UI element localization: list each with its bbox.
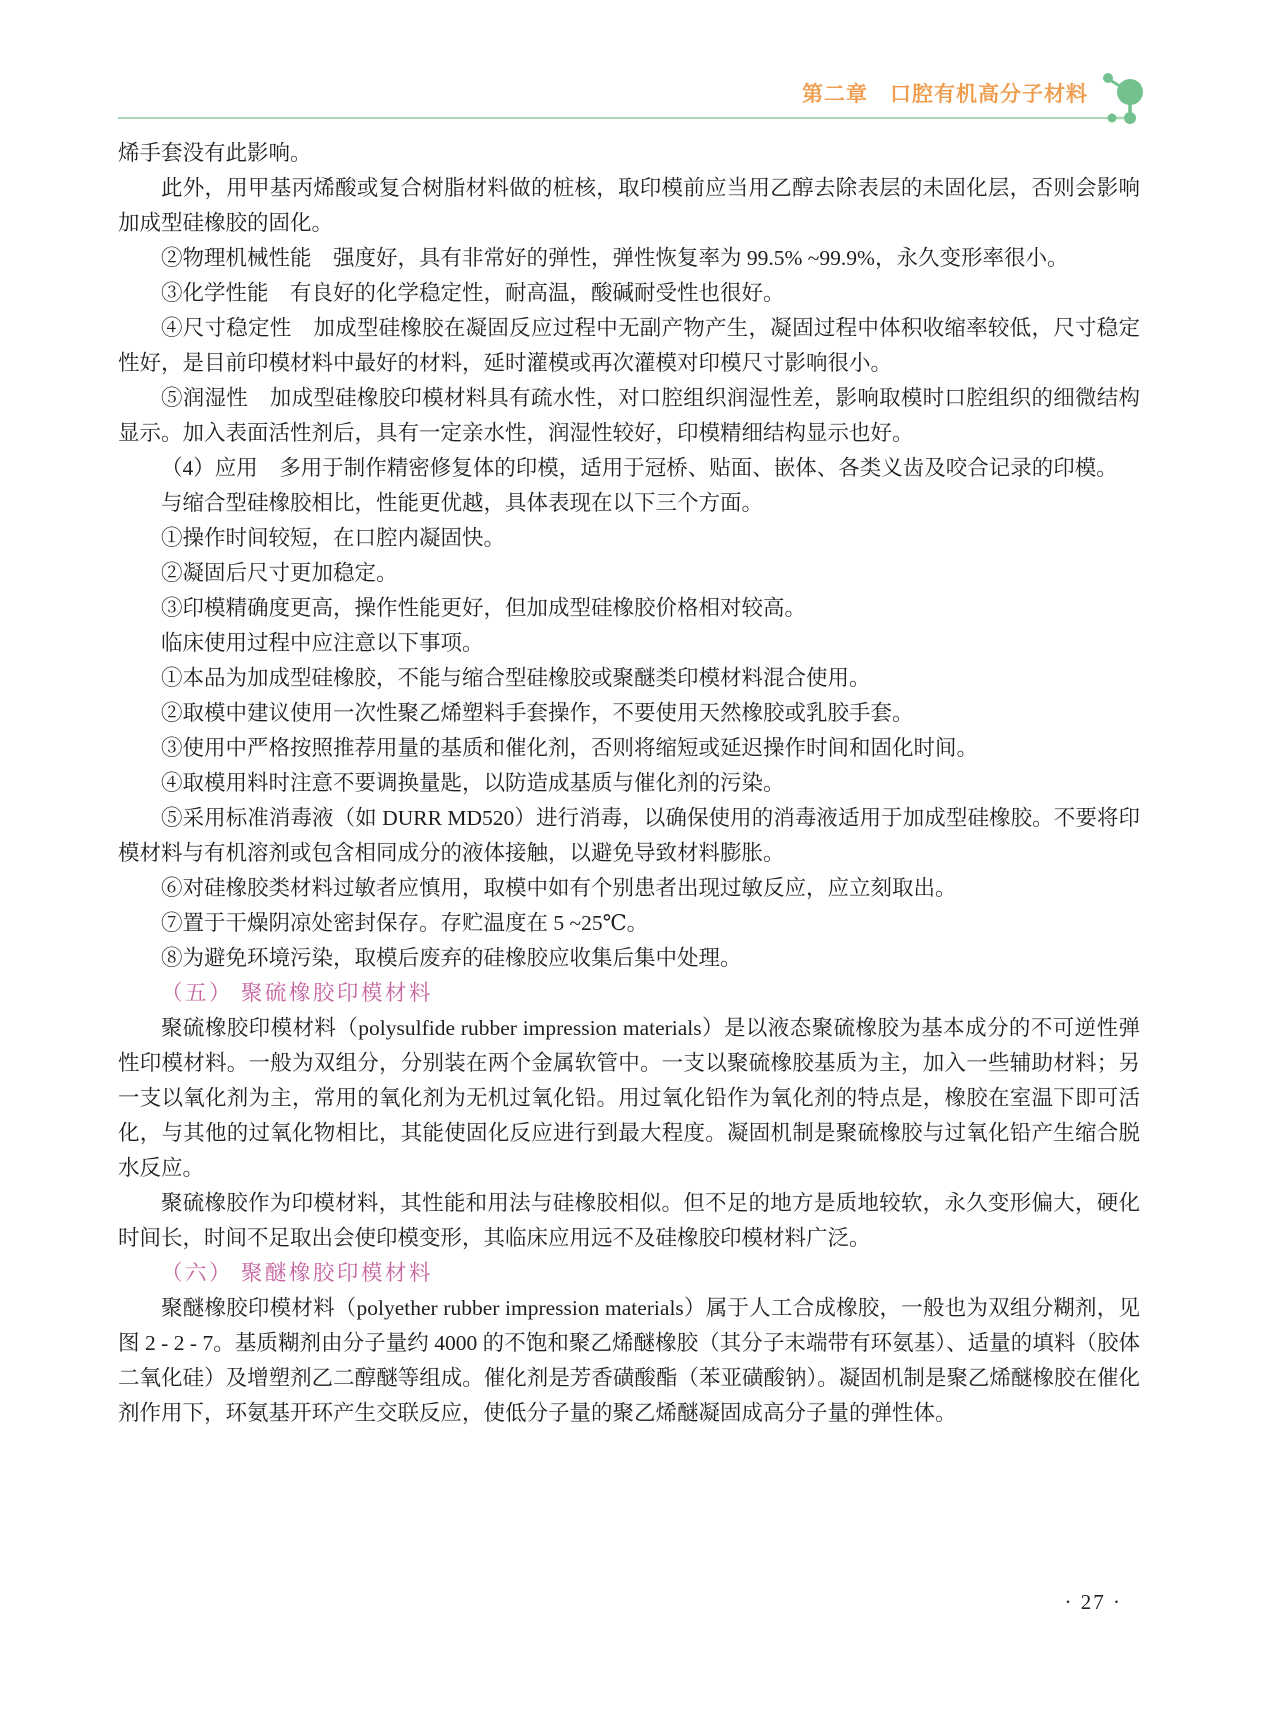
paragraph: ②物理机械性能 强度好，具有非常好的弹性，弹性恢复率为 99.5% ~99.9%…	[118, 241, 1140, 276]
paragraph: 与缩合型硅橡胶相比，性能更优越，具体表现在以下三个方面。	[118, 486, 1140, 521]
paragraph: ⑧为避免环境污染，取模后废弃的硅橡胶应收集后集中处理。	[118, 941, 1140, 976]
page-footer: · 27 ·	[1065, 1590, 1123, 1615]
paragraph: 聚醚橡胶印模材料（polyether rubber impression mat…	[118, 1291, 1140, 1431]
page-header: 第二章 口腔有机高分子材料	[118, 78, 1140, 119]
paragraph: 聚硫橡胶印模材料（polysulfide rubber impression m…	[118, 1011, 1140, 1186]
paragraph: ②凝固后尺寸更加稳定。	[118, 556, 1140, 591]
chapter-title: 第二章 口腔有机高分子材料	[118, 78, 1140, 108]
section-heading-polysulfide: （五） 聚硫橡胶印模材料	[118, 976, 1140, 1011]
paragraph: ①操作时间较短，在口腔内凝固快。	[118, 521, 1140, 556]
paragraph: ②取模中建议使用一次性聚乙烯塑料手套操作，不要使用天然橡胶或乳胶手套。	[118, 696, 1140, 731]
paragraph: ④尺寸稳定性 加成型硅橡胶在凝固反应过程中无副产物产生，凝固过程中体积收缩率较低…	[118, 311, 1140, 381]
paragraph: ①本品为加成型硅橡胶，不能与缩合型硅橡胶或聚醚类印模材料混合使用。	[118, 661, 1140, 696]
paragraph: ⑤润湿性 加成型硅橡胶印模材料具有疏水性，对口腔组织润湿性差，影响取模时口腔组织…	[118, 381, 1140, 451]
paragraph: 临床使用过程中应注意以下事项。	[118, 626, 1140, 661]
paragraph: （4）应用 多用于制作精密修复体的印模，适用于冠桥、贴面、嵌体、各类义齿及咬合记…	[118, 451, 1140, 486]
document-page: 第二章 口腔有机高分子材料 烯手套没有此影响。 此外，用甲基丙烯酸或复合树脂材料…	[0, 0, 1275, 1718]
paragraph: ⑥对硅橡胶类材料过敏者应慎用，取模中如有个别患者出现过敏反应，应立刻取出。	[118, 871, 1140, 906]
paragraph: 烯手套没有此影响。	[118, 136, 1140, 171]
paragraph: ③化学性能 有良好的化学稳定性，耐高温，酸碱耐受性也很好。	[118, 276, 1140, 311]
paragraph: 聚硫橡胶作为印模材料，其性能和用法与硅橡胶相似。但不足的地方是质地较软，永久变形…	[118, 1186, 1140, 1256]
header-rule-line	[118, 117, 1112, 119]
section-heading-polyether: （六） 聚醚橡胶印模材料	[118, 1256, 1140, 1291]
molecule-icon	[1100, 71, 1154, 129]
paragraph: ③印模精确度更高，操作性能更好，但加成型硅橡胶价格相对较高。	[118, 591, 1140, 626]
paragraph: ③使用中严格按照推荐用量的基质和催化剂，否则将缩短或延迟操作时间和固化时间。	[118, 731, 1140, 766]
page-number: · 27 ·	[1065, 1590, 1123, 1614]
paragraph: ④取模用料时注意不要调换量匙，以防造成基质与催化剂的污染。	[118, 766, 1140, 801]
header-rule	[118, 117, 1140, 119]
paragraph: ⑦置于干燥阴凉处密封保存。存贮温度在 5 ~25℃。	[118, 906, 1140, 941]
page-content: 烯手套没有此影响。 此外，用甲基丙烯酸或复合树脂材料做的桩核，取印模前应当用乙醇…	[118, 136, 1140, 1431]
paragraph: ⑤采用标准消毒液（如 DURR MD520）进行消毒，以确保使用的消毒液适用于加…	[118, 801, 1140, 871]
paragraph: 此外，用甲基丙烯酸或复合树脂材料做的桩核，取印模前应当用乙醇去除表层的未固化层，…	[118, 171, 1140, 241]
